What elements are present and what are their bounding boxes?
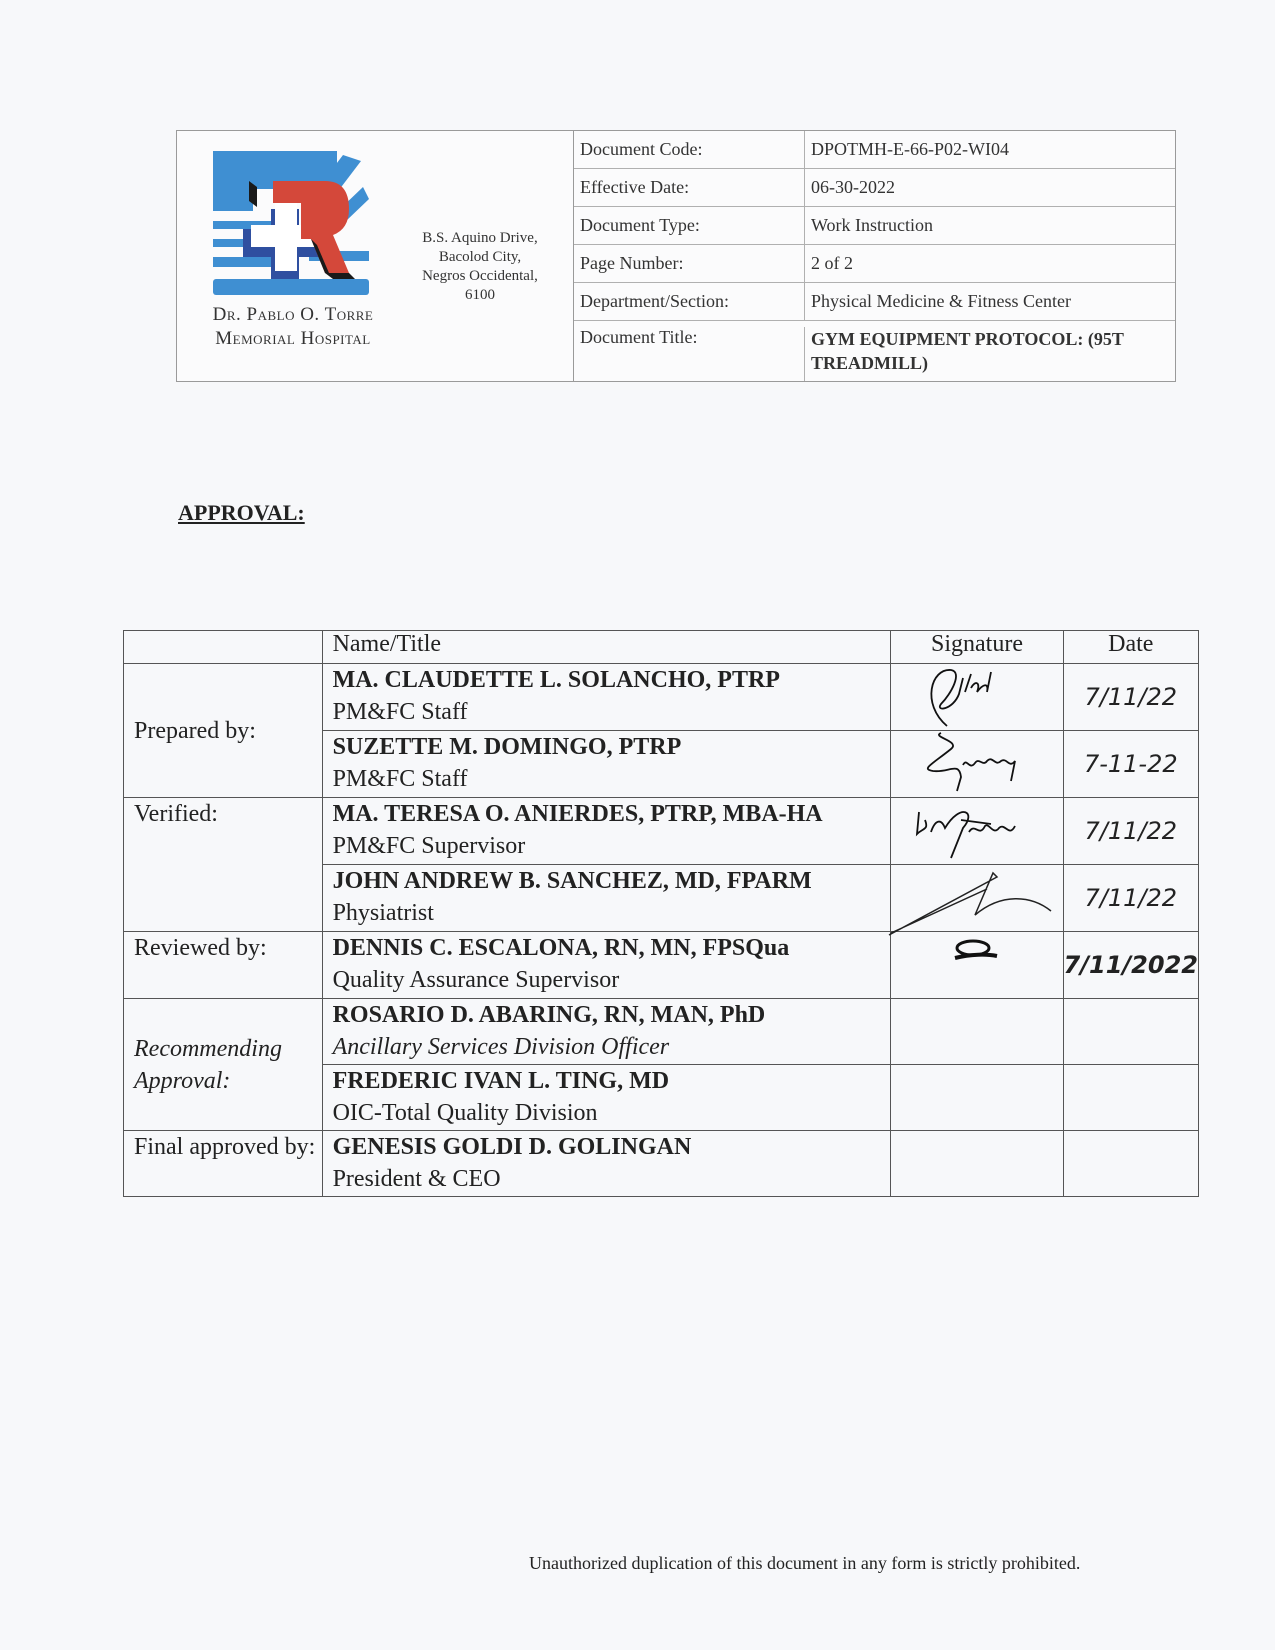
signature-icon <box>901 798 1057 862</box>
table-row: Prepared by: MA. CLAUDETTE L. SOLANCHO, … <box>124 664 1199 731</box>
meta-document-type: Document Type: Work Instruction <box>574 207 1175 245</box>
table-header-row: Name/Title Signature Date <box>124 631 1199 664</box>
person-name: MA. TERESA O. ANIERDES, PTRP, MBA-HA <box>323 798 891 830</box>
signature-cell <box>891 865 1063 932</box>
person-cell: MA. TERESA O. ANIERDES, PTRP, MBA-HA PM&… <box>322 798 891 865</box>
hospital-name: Dr. Pablo O. Torre Memorial Hospital <box>183 303 403 351</box>
date-cell: 7/11/2022 <box>1063 932 1198 999</box>
person-cell: SUZETTE M. DOMINGO, PTRP PM&FC Staff <box>322 731 891 798</box>
person-name: SUZETTE M. DOMINGO, PTRP <box>323 731 891 763</box>
meta-label: Document Code: <box>574 131 805 168</box>
header-cell-signature: Signature <box>891 631 1063 664</box>
meta-document-code: Document Code: DPOTMH-E-66-P02-WI04 <box>574 131 1175 169</box>
meta-document-title: Document Title: GYM EQUIPMENT PROTOCOL: … <box>574 321 1175 381</box>
signature-icon <box>901 865 1057 929</box>
person-cell: JOHN ANDREW B. SANCHEZ, MD, FPARM Physia… <box>322 865 891 932</box>
hospital-name-line2: Memorial Hospital <box>215 328 371 349</box>
address-line: B.S. Aquino Drive, <box>422 230 537 246</box>
signature-cell <box>891 731 1063 798</box>
document-header: Dr. Pablo O. Torre Memorial Hospital B.S… <box>176 130 1176 382</box>
meta-page-number: Page Number: 2 of 2 <box>574 245 1175 283</box>
person-name: FREDERIC IVAN L. TING, MD <box>323 1065 891 1097</box>
table-row: Final approved by: GENESIS GOLDI D. GOLI… <box>124 1131 1199 1197</box>
date-cell: 7/11/22 <box>1063 798 1198 865</box>
meta-value: Physical Medicine & Fitness Center <box>805 291 1175 312</box>
role-final-approved-by: Final approved by: <box>124 1131 323 1197</box>
signature-cell <box>891 664 1063 731</box>
role-prepared-by: Prepared by: <box>124 664 323 798</box>
header-cell-date: Date <box>1063 631 1198 664</box>
table-row: Reviewed by: DENNIS C. ESCALONA, RN, MN,… <box>124 932 1199 999</box>
meta-value: Work Instruction <box>805 215 1175 236</box>
meta-value: DPOTMH-E-66-P02-WI04 <box>805 139 1175 160</box>
role-verified: Verified: <box>124 798 323 932</box>
address-line: Negros Occidental, <box>422 268 538 284</box>
meta-label: Page Number: <box>574 245 805 282</box>
signature-cell <box>891 798 1063 865</box>
person-cell: ROSARIO D. ABARING, RN, MAN, PhD Ancilla… <box>322 999 891 1065</box>
role-reviewed-by: Reviewed by: <box>124 932 323 999</box>
person-title: PM&FC Supervisor <box>323 830 891 862</box>
signature-cell <box>891 932 1063 999</box>
hospital-logo-icon <box>213 151 369 307</box>
meta-label: Document Type: <box>574 207 805 244</box>
hospital-branding: Dr. Pablo O. Torre Memorial Hospital B.S… <box>177 131 574 381</box>
person-cell: FREDERIC IVAN L. TING, MD OIC-Total Qual… <box>322 1065 891 1131</box>
date-cell: 7-11-22 <box>1063 731 1198 798</box>
meta-label: Department/Section: <box>574 283 805 320</box>
table-row: Recommending Approval: ROSARIO D. ABARIN… <box>124 999 1199 1065</box>
date-cell: 7/11/22 <box>1063 865 1198 932</box>
role-recommending-approval: Recommending Approval: <box>124 999 323 1131</box>
meta-label: Effective Date: <box>574 169 805 206</box>
hospital-address: B.S. Aquino Drive, Bacolod City, Negros … <box>405 229 555 305</box>
person-cell: GENESIS GOLDI D. GOLINGAN President & CE… <box>322 1131 891 1197</box>
meta-label: Document Title: <box>574 327 805 381</box>
address-line: 6100 <box>465 287 495 303</box>
meta-effective-date: Effective Date: 06-30-2022 <box>574 169 1175 207</box>
person-title: Ancillary Services Division Officer <box>323 1031 891 1063</box>
table-row: Verified: MA. TERESA O. ANIERDES, PTRP, … <box>124 798 1199 865</box>
meta-value: 06-30-2022 <box>805 177 1175 198</box>
person-title: PM&FC Staff <box>323 696 891 728</box>
person-title: Quality Assurance Supervisor <box>323 964 891 996</box>
person-cell: MA. CLAUDETTE L. SOLANCHO, PTRP PM&FC St… <box>322 664 891 731</box>
person-name: DENNIS C. ESCALONA, RN, MN, FPSQua <box>323 932 891 964</box>
person-title: OIC-Total Quality Division <box>323 1097 891 1129</box>
approval-table: Name/Title Signature Date Prepared by: M… <box>123 630 1199 1197</box>
address-line: Bacolod City, <box>439 249 521 265</box>
header-cell-role <box>124 631 323 664</box>
person-name: GENESIS GOLDI D. GOLINGAN <box>323 1131 891 1163</box>
hospital-name-line1: Dr. Pablo O. Torre <box>213 304 374 325</box>
meta-department: Department/Section: Physical Medicine & … <box>574 283 1175 321</box>
person-name: ROSARIO D. ABARING, RN, MAN, PhD <box>323 999 891 1031</box>
person-cell: DENNIS C. ESCALONA, RN, MN, FPSQua Quali… <box>322 932 891 999</box>
person-name: JOHN ANDREW B. SANCHEZ, MD, FPARM <box>323 865 891 897</box>
person-title: President & CEO <box>323 1163 891 1195</box>
signature-cell <box>891 1065 1063 1131</box>
meta-value: 2 of 2 <box>805 253 1175 274</box>
header-cell-name-title: Name/Title <box>322 631 891 664</box>
document-metadata: Document Code: DPOTMH-E-66-P02-WI04 Effe… <box>574 131 1175 381</box>
approval-heading: APPROVAL: <box>178 500 305 526</box>
date-cell: 7/11/22 <box>1063 664 1198 731</box>
date-cell <box>1063 1131 1198 1197</box>
role-recommending-approval-text: Recommending Approval: <box>134 1036 282 1094</box>
date-cell <box>1063 999 1198 1065</box>
person-name: MA. CLAUDETTE L. SOLANCHO, PTRP <box>323 664 891 696</box>
signature-cell <box>891 999 1063 1065</box>
signature-icon <box>901 731 1057 795</box>
date-cell <box>1063 1065 1198 1131</box>
footer-notice: Unauthorized duplication of this documen… <box>529 1553 1080 1574</box>
signature-icon <box>901 932 1057 996</box>
person-title: PM&FC Staff <box>323 763 891 795</box>
meta-value: GYM EQUIPMENT PROTOCOL: (95T TREADMILL) <box>805 327 1175 375</box>
person-title: Physiatrist <box>323 897 891 929</box>
signature-icon <box>901 664 1057 728</box>
signature-cell <box>891 1131 1063 1197</box>
